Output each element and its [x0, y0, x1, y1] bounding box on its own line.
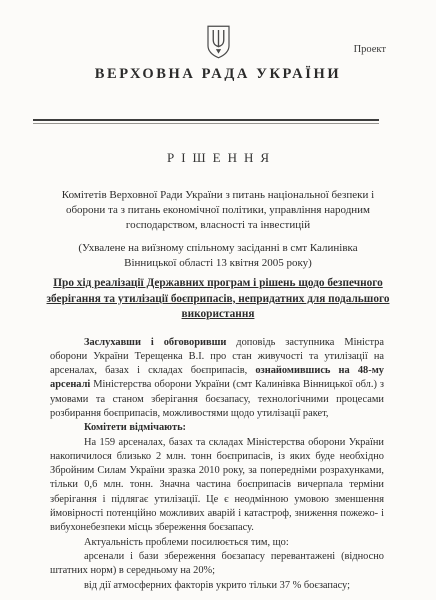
decision-heading: РІШЕННЯ: [0, 150, 436, 166]
ukraine-trident-emblem-icon: [205, 24, 232, 60]
bold-phrase: Заслухавши і обговоривши: [84, 337, 226, 348]
page-title: ВЕРХОВНА РАДА УКРАЇНИ: [0, 66, 436, 83]
subject-title: Про хід реалізації Державних програм і р…: [46, 276, 390, 323]
paragraph-weather-cover-item: від дії атмосферних факторів укрито тіль…: [50, 579, 384, 593]
header-divider: [33, 119, 379, 124]
paragraph-problem-relevance: Актуальність проблеми посилюється тим, щ…: [50, 536, 384, 550]
paragraph-overload-item: арсенали і бази збереження боєзапасу пер…: [50, 550, 384, 579]
paragraph-committees-note-heading: Комітети відмічають:: [50, 421, 384, 435]
adoption-note: (Ухвалене на виїзному спільному засіданн…: [58, 241, 378, 271]
paragraph-heard-and-discussed: Заслухавши і обговоривши доповідь заступ…: [50, 336, 384, 422]
paragraph-arsenal-stats: На 159 арсеналах, базах та складах Мініс…: [50, 436, 384, 536]
project-label: Проект: [354, 44, 386, 55]
document-body: Заслухавши і обговоривши доповідь заступ…: [50, 336, 384, 593]
committees-line: Комітетів Верховної Ради України з питан…: [53, 188, 383, 233]
document-page: Проект ВЕРХОВНА РАДА УКРАЇНИ РІШЕННЯ Ком…: [0, 0, 436, 600]
body-text-span: Міністерства оборони України (смт Калині…: [50, 379, 384, 419]
